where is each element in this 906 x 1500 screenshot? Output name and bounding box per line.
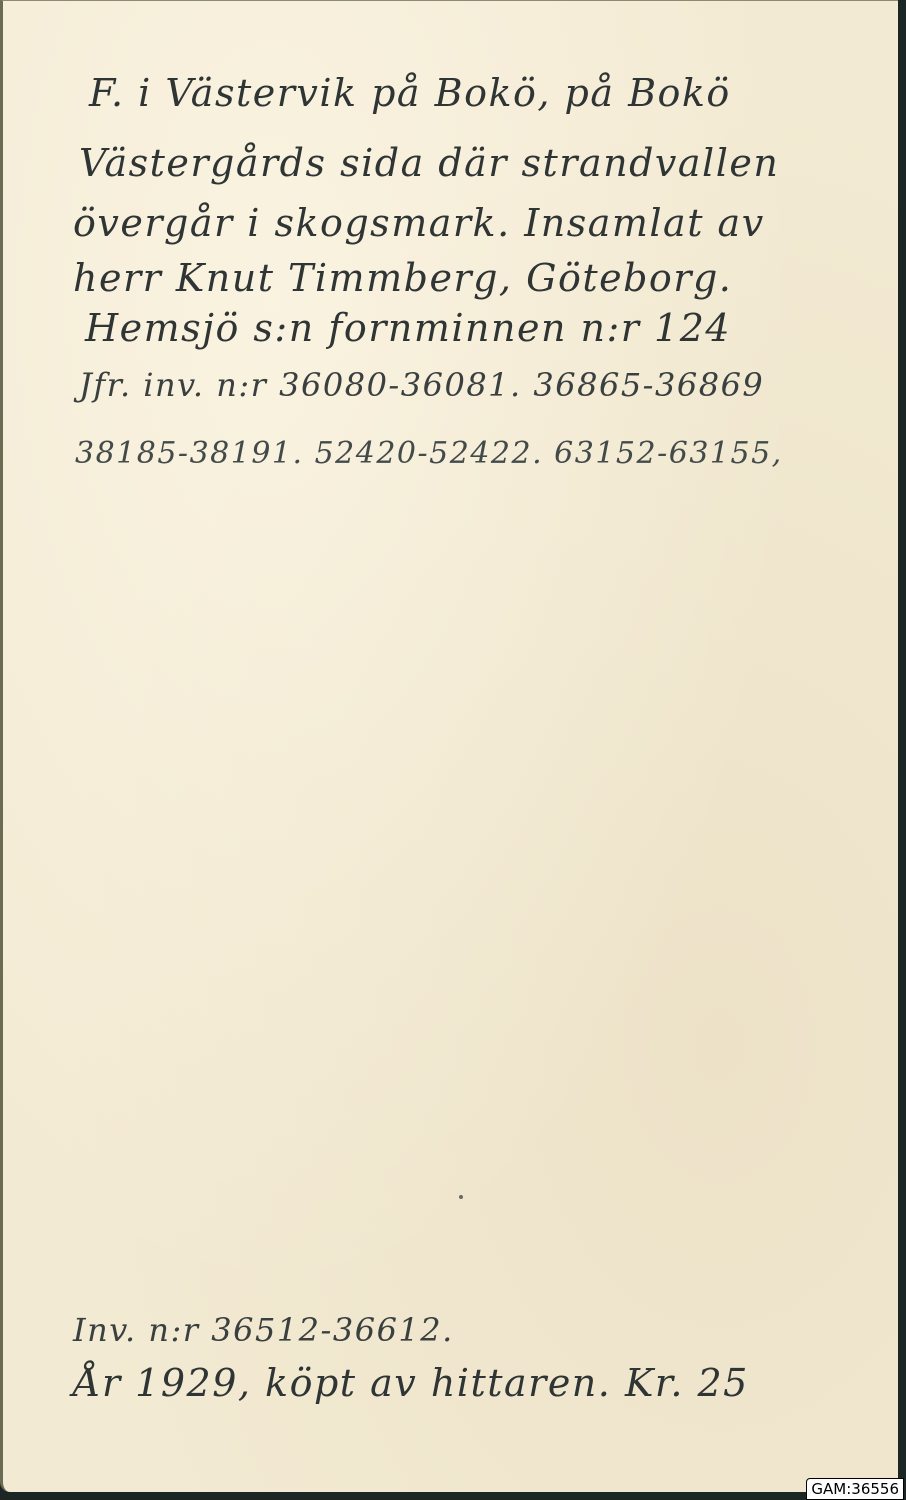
terrain-line: övergår i skogsmark. Insamlat av [73,201,765,245]
catalog-id-label: GAM:36556 [806,1478,904,1500]
inventory-number-line: Inv. n:r 36512-36612. [73,1311,454,1349]
compare-inventory-continued-line: 38185-38191. 52420-52422. 63152-63155, [75,436,783,471]
site-description-line: Västergårds sida där strandvallen [79,141,779,185]
find-location-line: F. i Västervik på Bokö, på Bokö [89,71,731,115]
ancient-monument-line: Hemsjö s:n fornminnen n:r 124 [85,306,731,350]
scanned-card: F. i Västervik på Bokö, på Bokö Västergå… [0,0,906,1500]
collector-line: herr Knut Timmberg, Göteborg. [73,256,732,300]
acquisition-line: År 1929, köpt av hittaren. Kr. 25 [73,1361,749,1405]
compare-inventory-line: Jfr. inv. n:r 36080-36081. 36865-36869 [79,366,764,404]
catalogue-card: F. i Västervik på Bokö, på Bokö Västergå… [0,0,898,1492]
paper-speck [459,1195,463,1199]
